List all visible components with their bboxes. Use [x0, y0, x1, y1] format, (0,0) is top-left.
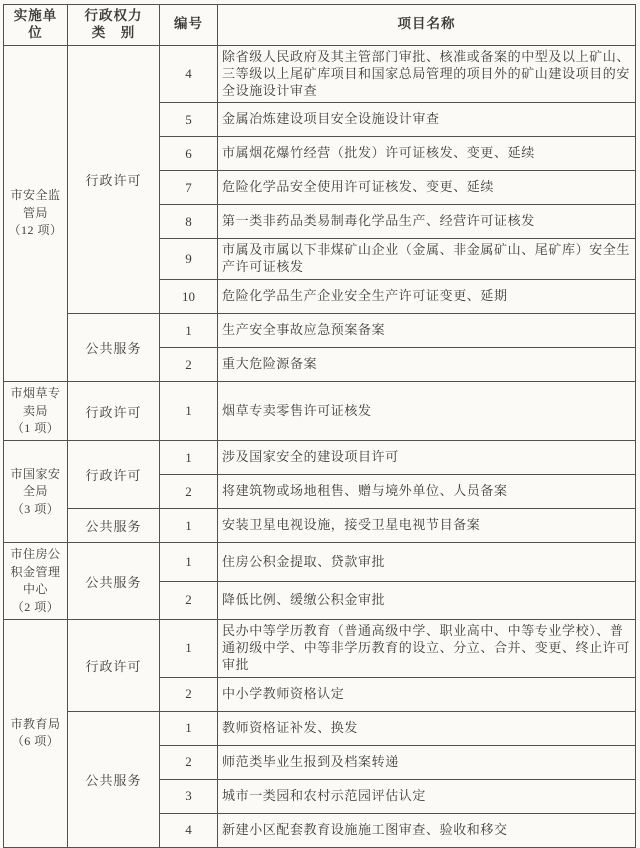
item-name: 生产安全事故应急预案备案 [218, 314, 636, 348]
item-number: 2 [160, 348, 218, 382]
unit-name: 市住房公积金管理中心 [8, 546, 63, 598]
item-name: 民办中等学历教育（普通高级中学、职业高中、中等专业学校）、普通初级中学、中等非学… [218, 619, 636, 677]
table-row: 市安全监管局 （12 项） 行政许可 4 除省级人民政府及其主管部门审批、核准或… [4, 45, 636, 103]
item-number: 5 [160, 103, 218, 137]
header-project: 项目名称 [218, 5, 636, 46]
item-name: 金属冶炼建设项目安全设施设计审查 [218, 103, 636, 137]
unit-cell-safety-bureau: 市安全监管局 （12 项） [4, 45, 68, 381]
item-name: 城市一类园和农村示范园评估认定 [218, 779, 636, 813]
table-row: 公共服务 1 生产安全事故应急预案备案 [4, 314, 636, 348]
header-category: 行政权力 类 别 [68, 5, 160, 46]
item-number: 6 [160, 137, 218, 171]
unit-count: （12 项） [8, 222, 63, 239]
item-name: 中小学教师资格认定 [218, 677, 636, 711]
item-number: 10 [160, 280, 218, 314]
item-name: 教师资格证补发、换发 [218, 711, 636, 745]
item-name: 安装卫星电视设施，接受卫星电视节目备案 [218, 509, 636, 543]
item-name: 新建小区配套教育设施施工图审查、验收和移交 [218, 813, 636, 847]
item-number: 1 [160, 619, 218, 677]
table-row: 公共服务 1 安装卫星电视设施，接受卫星电视节目备案 [4, 509, 636, 543]
unit-name: 市安全监管局 [8, 187, 63, 222]
item-name: 市属及市属以下非煤矿山企业（金属、非金属矿山、尾矿库）安全生产许可证核发 [218, 239, 636, 280]
document-page: 实施单位 行政权力 类 别 编号 项目名称 市安全监管局 （12 项） 行政许可… [0, 0, 640, 806]
item-number: 2 [160, 745, 218, 779]
header-number: 编号 [160, 5, 218, 46]
item-name: 将建筑物或场地租售、赠与境外单位、人员备案 [218, 475, 636, 509]
category-cell: 公共服务 [68, 543, 160, 620]
unit-count: （2 项） [8, 599, 63, 616]
category-cell: 行政许可 [68, 619, 160, 711]
category-cell: 公共服务 [68, 711, 160, 847]
unit-cell-housing-fund-center: 市住房公积金管理中心 （2 项） [4, 543, 68, 620]
unit-count: （1 项） [8, 420, 63, 437]
category-cell: 公共服务 [68, 509, 160, 543]
item-name: 危险化学品生产企业安全生产许可证变更、延期 [218, 280, 636, 314]
item-number: 2 [160, 677, 218, 711]
item-number: 1 [160, 441, 218, 475]
unit-name: 市教育局 [8, 716, 63, 733]
approval-items-table: 实施单位 行政权力 类 别 编号 项目名称 市安全监管局 （12 项） 行政许可… [3, 4, 636, 848]
item-name: 市属烟花爆竹经营（批发）许可证核发、变更、延续 [218, 137, 636, 171]
item-number: 1 [160, 509, 218, 543]
table-row: 市教育局 （6 项） 行政许可 1 民办中等学历教育（普通高级中学、职业高中、中… [4, 619, 636, 677]
item-name: 烟草专卖零售许可证核发 [218, 382, 636, 441]
item-name: 危险化学品安全使用许可证核发、变更、延续 [218, 171, 636, 205]
item-number: 1 [160, 543, 218, 581]
unit-count: （3 项） [8, 501, 63, 518]
item-name: 住房公积金提取、贷款审批 [218, 543, 636, 581]
table-row: 市烟草专卖局 （1 项） 行政许可 1 烟草专卖零售许可证核发 [4, 382, 636, 441]
unit-count: （6 项） [8, 733, 63, 750]
item-number: 1 [160, 711, 218, 745]
header-row: 实施单位 行政权力 类 别 编号 项目名称 [4, 5, 636, 46]
item-number: 4 [160, 45, 218, 103]
item-number: 2 [160, 475, 218, 509]
table-row: 公共服务 1 教师资格证补发、换发 [4, 711, 636, 745]
item-number: 1 [160, 382, 218, 441]
table-row: 市国家安全局 （3 项） 行政许可 1 涉及国家安全的建设项目许可 [4, 441, 636, 475]
item-name: 除省级人民政府及其主管部门审批、核准或备案的中型及以上矿山、三等级以上尾矿库项目… [218, 45, 636, 103]
unit-cell-education-bureau: 市教育局 （6 项） [4, 619, 68, 847]
item-name: 第一类非药品类易制毒化学品生产、经营许可证核发 [218, 205, 636, 239]
item-number: 9 [160, 239, 218, 280]
category-cell: 行政许可 [68, 382, 160, 441]
unit-name: 市国家安全局 [8, 466, 63, 501]
category-cell: 行政许可 [68, 45, 160, 313]
table-row: 市住房公积金管理中心 （2 项） 公共服务 1 住房公积金提取、贷款审批 [4, 543, 636, 581]
item-number: 7 [160, 171, 218, 205]
item-name: 降低比例、缓缴公积金审批 [218, 581, 636, 619]
item-number: 8 [160, 205, 218, 239]
item-number: 2 [160, 581, 218, 619]
unit-cell-national-security-bureau: 市国家安全局 （3 项） [4, 441, 68, 543]
item-name: 涉及国家安全的建设项目许可 [218, 441, 636, 475]
item-name: 师范类毕业生报到及档案转递 [218, 745, 636, 779]
item-number: 1 [160, 314, 218, 348]
unit-name: 市烟草专卖局 [8, 385, 63, 420]
item-number: 3 [160, 779, 218, 813]
item-number: 4 [160, 813, 218, 847]
category-cell: 行政许可 [68, 441, 160, 509]
category-cell: 公共服务 [68, 314, 160, 382]
header-unit: 实施单位 [4, 5, 68, 46]
unit-cell-tobacco-bureau: 市烟草专卖局 （1 项） [4, 382, 68, 441]
item-name: 重大危险源备案 [218, 348, 636, 382]
